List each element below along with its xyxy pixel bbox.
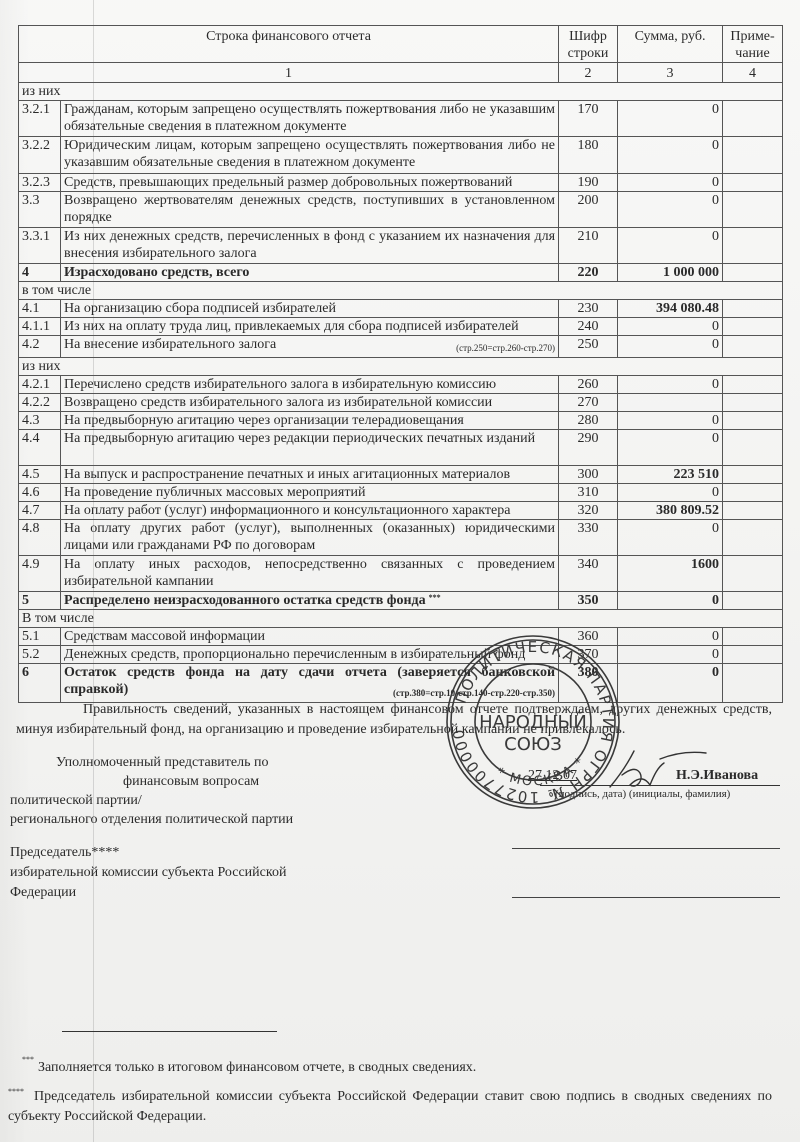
row-note bbox=[723, 101, 783, 137]
row-number: 3.2.2 bbox=[19, 137, 61, 174]
row-note bbox=[723, 466, 783, 484]
row-number: 4.5 bbox=[19, 466, 61, 484]
row-note bbox=[723, 430, 783, 466]
row-number: 3.2.3 bbox=[19, 174, 61, 192]
table-row: 4.5На выпуск и распространение печатных … bbox=[19, 466, 783, 484]
row-note bbox=[723, 137, 783, 174]
chairman-title-line: Председатель**** bbox=[10, 843, 330, 863]
row-sum: 0 bbox=[618, 137, 723, 174]
row-note bbox=[723, 592, 783, 610]
footnote-text: Заполняется только в итоговом финансовом… bbox=[38, 1060, 476, 1075]
row-sum: 0 bbox=[618, 412, 723, 430]
signature-line bbox=[540, 785, 780, 786]
table-subheading-row: из них bbox=[19, 358, 783, 376]
row-code: 230 bbox=[559, 300, 618, 318]
table-row: 4.9На оплату иных расходов, непосредстве… bbox=[19, 556, 783, 592]
row-note bbox=[723, 192, 783, 228]
row-description: Гражданам, которым запрещено осуществлят… bbox=[61, 101, 559, 137]
table-row: 3.2.3Средств, превышающих предельный раз… bbox=[19, 174, 783, 192]
row-sum: 1 000 000 bbox=[618, 264, 723, 282]
row-description-text: На организацию сбора подписей избирателе… bbox=[64, 301, 336, 316]
row-description: На выпуск и распространение печатных и и… bbox=[61, 466, 559, 484]
row-description-text: Средствам массовой информации bbox=[64, 629, 265, 644]
row-number: 4.1 bbox=[19, 300, 61, 318]
signatory-name: Н.Э.Иванова bbox=[676, 768, 758, 784]
row-description-text: Возвращено средств избирательного залога… bbox=[64, 395, 492, 410]
row-code: 270 bbox=[559, 394, 618, 412]
row-sum: 380 809.52 bbox=[618, 502, 723, 520]
row-number: 5.2 bbox=[19, 646, 61, 664]
chairman-title-line: избирательной комиссии субъекта Российск… bbox=[10, 863, 330, 883]
row-number: 4.1.1 bbox=[19, 318, 61, 336]
row-sum: 0 bbox=[618, 484, 723, 502]
table-subheading-row: В том числе bbox=[19, 610, 783, 628]
row-description: Возвращено средств избирательного залога… bbox=[61, 394, 559, 412]
row-code: 250 bbox=[559, 336, 618, 358]
table-row: 4.2На внесение избирательного залога(стр… bbox=[19, 336, 783, 358]
row-number: 4.8 bbox=[19, 520, 61, 556]
row-number: 4.7 bbox=[19, 502, 61, 520]
row-sum: 0 bbox=[618, 628, 723, 646]
row-code: 260 bbox=[559, 376, 618, 394]
subheading-text: в том числе bbox=[19, 282, 783, 300]
row-description: Израсходовано средств, всего bbox=[61, 264, 559, 282]
table-subheading-row: из них bbox=[19, 83, 783, 101]
table-row: 4.1На организацию сбора подписей избират… bbox=[19, 300, 783, 318]
row-number: 4.2.1 bbox=[19, 376, 61, 394]
table-row: 3.2.2Юридическим лицам, которым запрещен… bbox=[19, 137, 783, 174]
table-header-row: Строка финансового отчета Шифр строки Су… bbox=[19, 26, 783, 63]
table-row: 4.2.1Перечислено средств избирательного … bbox=[19, 376, 783, 394]
footnote-separator bbox=[62, 1031, 277, 1032]
column-number: 1 bbox=[19, 63, 559, 83]
row-code: 320 bbox=[559, 502, 618, 520]
column-number-row: 1 2 3 4 bbox=[19, 63, 783, 83]
table-row: 4.3На предвыборную агитацию через органи… bbox=[19, 412, 783, 430]
row-description-text: На оплату иных расходов, непосредственно… bbox=[64, 557, 555, 589]
table-row: 6Остаток средств фонда на дату сдачи отч… bbox=[19, 664, 783, 703]
row-number: 4.2.2 bbox=[19, 394, 61, 412]
header-line-code: Шифр строки bbox=[559, 26, 618, 63]
row-code: 220 bbox=[559, 264, 618, 282]
signature-caption: (подпись, дата) (инициалы, фамилия) bbox=[555, 788, 730, 800]
representative-title-line: политической партии/ bbox=[10, 791, 310, 810]
row-code: 200 bbox=[559, 192, 618, 228]
footnote-text: Председатель избирательной комиссии субъ… bbox=[8, 1089, 772, 1124]
row-description-text: На оплату других работ (услуг), выполнен… bbox=[64, 521, 555, 553]
row-description-text: На предвыборную агитацию через организац… bbox=[64, 413, 464, 428]
row-code: 310 bbox=[559, 484, 618, 502]
chairman-signature-line bbox=[512, 897, 780, 898]
table-row: 4.2.2Возвращено средств избирательного з… bbox=[19, 394, 783, 412]
table-row: 3.3.1Из них денежных средств, перечислен… bbox=[19, 228, 783, 264]
row-sum: 0 bbox=[618, 664, 723, 703]
row-sum: 0 bbox=[618, 174, 723, 192]
row-number: 3.2.1 bbox=[19, 101, 61, 137]
row-number: 4.3 bbox=[19, 412, 61, 430]
row-description-text: Гражданам, которым запрещено осуществлят… bbox=[64, 102, 555, 134]
row-description-text: Юридическим лицам, которым запрещено осу… bbox=[64, 138, 555, 170]
row-sum: 0 bbox=[618, 376, 723, 394]
row-description: На оплату других работ (услуг), выполнен… bbox=[61, 520, 559, 556]
row-code: 340 bbox=[559, 556, 618, 592]
row-formula: (стр.250=стр.260-стр.270) bbox=[456, 340, 555, 357]
row-sum: 0 bbox=[618, 318, 723, 336]
row-description: Денежных средств, пропорционально перечи… bbox=[61, 646, 559, 664]
row-sum: 0 bbox=[618, 646, 723, 664]
row-number: 3.3 bbox=[19, 192, 61, 228]
row-sum bbox=[618, 394, 723, 412]
row-description-text: Распределено неизрасходованного остатка … bbox=[64, 593, 426, 608]
row-description-text: На выпуск и распространение печатных и и… bbox=[64, 467, 510, 482]
row-number: 4 bbox=[19, 264, 61, 282]
row-code: 330 bbox=[559, 520, 618, 556]
row-note bbox=[723, 174, 783, 192]
table-row: 3.3Возвращено жертвователям денежных сре… bbox=[19, 192, 783, 228]
row-sum: 0 bbox=[618, 336, 723, 358]
signature-date: 27.12.07 bbox=[528, 768, 577, 784]
row-code: 350 bbox=[559, 592, 618, 610]
row-note bbox=[723, 484, 783, 502]
footnote: ***Заполняется только в итоговом финансо… bbox=[22, 1060, 476, 1076]
row-description-text: На оплату работ (услуг) информационного … bbox=[64, 503, 510, 518]
column-number: 4 bbox=[723, 63, 783, 83]
table-body: из них3.2.1Гражданам, которым запрещено … bbox=[19, 83, 783, 703]
financial-report-table: Строка финансового отчета Шифр строки Су… bbox=[18, 25, 783, 703]
table-row: 4.8На оплату других работ (услуг), выпол… bbox=[19, 520, 783, 556]
row-code: 360 bbox=[559, 628, 618, 646]
row-code: 280 bbox=[559, 412, 618, 430]
row-note bbox=[723, 394, 783, 412]
row-description: На внесение избирательного залога(стр.25… bbox=[61, 336, 559, 358]
row-code: 370 bbox=[559, 646, 618, 664]
table-subheading-row: в том числе bbox=[19, 282, 783, 300]
row-number: 6 bbox=[19, 664, 61, 703]
row-description: Перечислено средств избирательного залог… bbox=[61, 376, 559, 394]
representative-title-line: Уполномоченный представитель по bbox=[10, 753, 310, 772]
row-sum: 223 510 bbox=[618, 466, 723, 484]
row-description: На организацию сбора подписей избирателе… bbox=[61, 300, 559, 318]
row-note bbox=[723, 336, 783, 358]
row-code: 300 bbox=[559, 466, 618, 484]
row-note bbox=[723, 318, 783, 336]
subheading-text: из них bbox=[19, 83, 783, 101]
footnote-mark: *** bbox=[22, 1055, 34, 1064]
table-row: 5Распределено неизрасходованного остатка… bbox=[19, 592, 783, 610]
row-description-text: Перечислено средств избирательного залог… bbox=[64, 377, 496, 392]
row-sum: 0 bbox=[618, 430, 723, 466]
row-note bbox=[723, 646, 783, 664]
row-note bbox=[723, 412, 783, 430]
row-number: 4.6 bbox=[19, 484, 61, 502]
row-description: Из них денежных средств, перечисленных в… bbox=[61, 228, 559, 264]
row-note bbox=[723, 556, 783, 592]
row-sum: 0 bbox=[618, 228, 723, 264]
row-code: 380 bbox=[559, 664, 618, 703]
row-code: 190 bbox=[559, 174, 618, 192]
row-description: Возвращено жертвователям денежных средст… bbox=[61, 192, 559, 228]
footnote-reference: *** bbox=[429, 593, 441, 602]
row-note bbox=[723, 264, 783, 282]
row-note bbox=[723, 520, 783, 556]
row-description: Средств, превышающих предельный размер д… bbox=[61, 174, 559, 192]
row-description: На предвыборную агитацию через редакции … bbox=[61, 430, 559, 466]
header-report-line: Строка финансового отчета bbox=[19, 26, 559, 63]
row-code: 290 bbox=[559, 430, 618, 466]
row-number: 5.1 bbox=[19, 628, 61, 646]
chairman-title-line: Федерации bbox=[10, 883, 330, 903]
row-number: 3.3.1 bbox=[19, 228, 61, 264]
table-row: 5.1Средствам массовой информации3600 bbox=[19, 628, 783, 646]
table-row: 4.7На оплату работ (услуг) информационно… bbox=[19, 502, 783, 520]
table-row: 5.2Денежных средств, пропорционально пер… bbox=[19, 646, 783, 664]
row-number: 4.9 bbox=[19, 556, 61, 592]
row-description: На оплату работ (услуг) информационного … bbox=[61, 502, 559, 520]
table-row: 4Израсходовано средств, всего2201 000 00… bbox=[19, 264, 783, 282]
row-code: 210 bbox=[559, 228, 618, 264]
subheading-text: из них bbox=[19, 358, 783, 376]
footnote: ****Председатель избирательной комиссии … bbox=[8, 1087, 772, 1127]
representative-title-line: регионального отделения политической пар… bbox=[10, 810, 310, 829]
representative-title-line: финансовым вопросам bbox=[10, 772, 310, 791]
row-sum: 394 080.48 bbox=[618, 300, 723, 318]
row-sum: 0 bbox=[618, 101, 723, 137]
row-code: 170 bbox=[559, 101, 618, 137]
row-note bbox=[723, 376, 783, 394]
row-sum: 0 bbox=[618, 592, 723, 610]
representative-block: Уполномоченный представитель по финансов… bbox=[10, 753, 310, 829]
row-code: 240 bbox=[559, 318, 618, 336]
confirmation-statement: Правильность сведений, указанных в насто… bbox=[16, 700, 772, 740]
row-description-text: На внесение избирательного залога bbox=[64, 337, 276, 352]
table-row: 4.6На проведение публичных массовых меро… bbox=[19, 484, 783, 502]
chairman-signature-line bbox=[512, 848, 780, 849]
row-note bbox=[723, 664, 783, 703]
row-description-text: Возвращено жертвователям денежных средст… bbox=[64, 193, 555, 225]
row-number: 5 bbox=[19, 592, 61, 610]
column-number: 2 bbox=[559, 63, 618, 83]
row-description: На проведение публичных массовых меропри… bbox=[61, 484, 559, 502]
column-number: 3 bbox=[618, 63, 723, 83]
row-description: Распределено неизрасходованного остатка … bbox=[61, 592, 559, 610]
row-description-text: Денежных средств, пропорционально перечи… bbox=[64, 647, 525, 662]
chairman-block: Председатель**** избирательной комиссии … bbox=[10, 843, 330, 903]
row-description-text: Из них на оплату труда лиц, привлекаемых… bbox=[64, 319, 519, 334]
footnote-mark: **** bbox=[8, 1087, 24, 1096]
row-description-text: На предвыборную агитацию через редакции … bbox=[64, 431, 535, 446]
row-code: 180 bbox=[559, 137, 618, 174]
row-description-text: Израсходовано средств, всего bbox=[64, 265, 249, 280]
subheading-text: В том числе bbox=[19, 610, 783, 628]
row-note bbox=[723, 628, 783, 646]
row-note bbox=[723, 502, 783, 520]
row-sum: 1600 bbox=[618, 556, 723, 592]
row-number: 4.4 bbox=[19, 430, 61, 466]
row-description: Средствам массовой информации bbox=[61, 628, 559, 646]
row-description: Юридическим лицам, которым запрещено осу… bbox=[61, 137, 559, 174]
table-row: 4.4На предвыборную агитацию через редакц… bbox=[19, 430, 783, 466]
row-note bbox=[723, 228, 783, 264]
row-description: На оплату иных расходов, непосредственно… bbox=[61, 556, 559, 592]
row-description-text: Средств, превышающих предельный размер д… bbox=[64, 175, 512, 190]
row-description: Остаток средств фонда на дату сдачи отче… bbox=[61, 664, 559, 703]
row-number: 4.2 bbox=[19, 336, 61, 358]
table-row: 3.2.1Гражданам, которым запрещено осущес… bbox=[19, 101, 783, 137]
row-sum: 0 bbox=[618, 192, 723, 228]
row-description: Из них на оплату труда лиц, привлекаемых… bbox=[61, 318, 559, 336]
row-description-text: Из них денежных средств, перечисленных в… bbox=[64, 229, 555, 261]
row-description-text: На проведение публичных массовых меропри… bbox=[64, 485, 365, 500]
header-note: Приме-чание bbox=[723, 26, 783, 63]
row-description: На предвыборную агитацию через организац… bbox=[61, 412, 559, 430]
table-row: 4.1.1Из них на оплату труда лиц, привлек… bbox=[19, 318, 783, 336]
header-sum: Сумма, руб. bbox=[618, 26, 723, 63]
row-note bbox=[723, 300, 783, 318]
row-sum: 0 bbox=[618, 520, 723, 556]
